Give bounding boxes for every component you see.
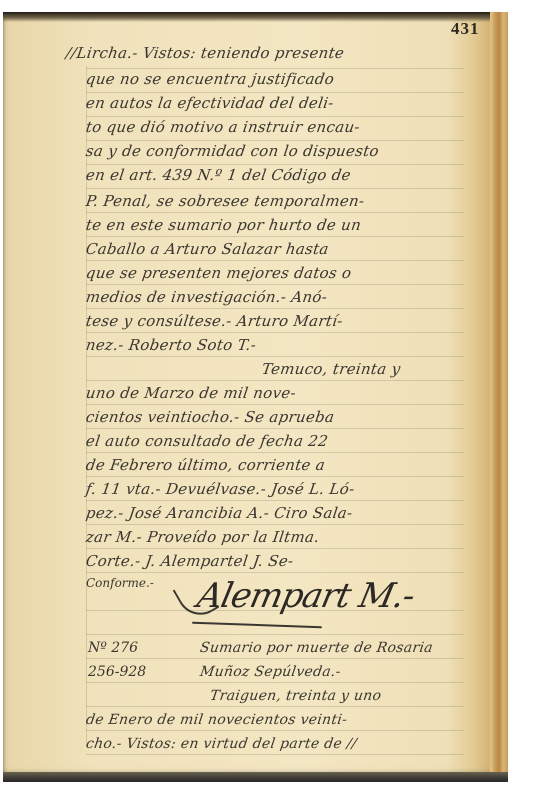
entry-code: 256-928 [88, 664, 146, 680]
ruled-line [86, 730, 464, 731]
text-line: cho.- Vistos: en virtud del parte de // [85, 736, 358, 752]
ruled-line [86, 140, 464, 141]
ruled-line [86, 188, 464, 189]
text-line: te en este sumario por hurto de un [85, 216, 363, 234]
conforme-label: Conforme.- [86, 576, 154, 590]
ruled-line [86, 428, 464, 429]
signature: Alempart M.- [194, 576, 418, 616]
text-line: f. 11 vta.- Devuélvase.- José L. Ló- [85, 480, 356, 498]
ruled-line [86, 116, 464, 117]
ruled-line [86, 68, 464, 69]
ruled-line [86, 572, 464, 573]
page-number: 431 [451, 19, 480, 39]
text-line: pez.- José Arancibia A.- Ciro Sala- [85, 504, 354, 522]
ruled-line [86, 236, 464, 237]
ruled-line [86, 164, 464, 165]
ruled-line [86, 92, 464, 93]
ruled-line [86, 260, 464, 261]
text-line: que no se encuentra justificado [85, 70, 336, 88]
text-line: nez.- Roberto Soto T.- [85, 336, 258, 354]
ruled-line [86, 658, 464, 659]
ruled-line [86, 500, 464, 501]
text-line: el auto consultado de fecha 22 [85, 432, 330, 450]
text-line: que se presenten mejores datos o [85, 264, 353, 282]
text-line: medios de investigación.- Anó- [85, 288, 329, 306]
text-line: //Lircha.- Vistos: teniendo presente [65, 44, 346, 62]
ruled-line [86, 380, 464, 381]
text-line: de Enero de mil novecientos veinti- [85, 712, 348, 728]
ruled-line [86, 308, 464, 309]
text-line: de Febrero último, corriente a [85, 456, 327, 474]
ruled-line [86, 634, 464, 635]
ruled-line [86, 524, 464, 525]
ruled-line [86, 548, 464, 549]
text-line: tese y consúltese.- Arturo Martí- [85, 312, 344, 330]
page-top-shadow [3, 12, 508, 22]
text-line: to que dió motivo a instruir encau- [85, 118, 361, 136]
text-line: Caballo a Arturo Salazar hasta [85, 240, 330, 258]
ruled-line [86, 754, 464, 755]
ruled-line [86, 356, 464, 357]
text-line: en el art. 439 N.º 1 del Código de [85, 166, 352, 184]
ruled-line [86, 682, 464, 683]
ruled-line [86, 706, 464, 707]
text-line: sa y de conformidad con lo dispuesto [85, 142, 380, 160]
text-line: Temuco, treinta y [261, 360, 402, 378]
text-line: P. Penal, se sobresee temporalmen- [85, 192, 366, 210]
entry-title: Muñoz Sepúlveda.- [199, 664, 342, 680]
ruled-line [86, 332, 464, 333]
ruled-line [86, 476, 464, 477]
text-line: Traiguen, treinta y uno [209, 688, 383, 704]
ruled-line [86, 212, 464, 213]
ruled-line [86, 284, 464, 285]
text-line: zar M.- Proveído por la Iltma. [85, 528, 321, 546]
ruled-line [86, 452, 464, 453]
text-line: uno de Marzo de mil nove- [85, 384, 298, 402]
entry-number: Nº 276 [88, 640, 138, 656]
gilt-page-edge [490, 12, 508, 777]
ruled-line [86, 404, 464, 405]
text-line: Corte.- J. Alempartel J. Se- [85, 552, 295, 570]
entry-title: Sumario por muerte de Rosaria [199, 640, 434, 656]
text-line: en autos la efectividad del deli- [85, 94, 335, 112]
book-binding-edge [3, 772, 508, 782]
text-line: cientos veintiocho.- Se aprueba [85, 408, 336, 426]
